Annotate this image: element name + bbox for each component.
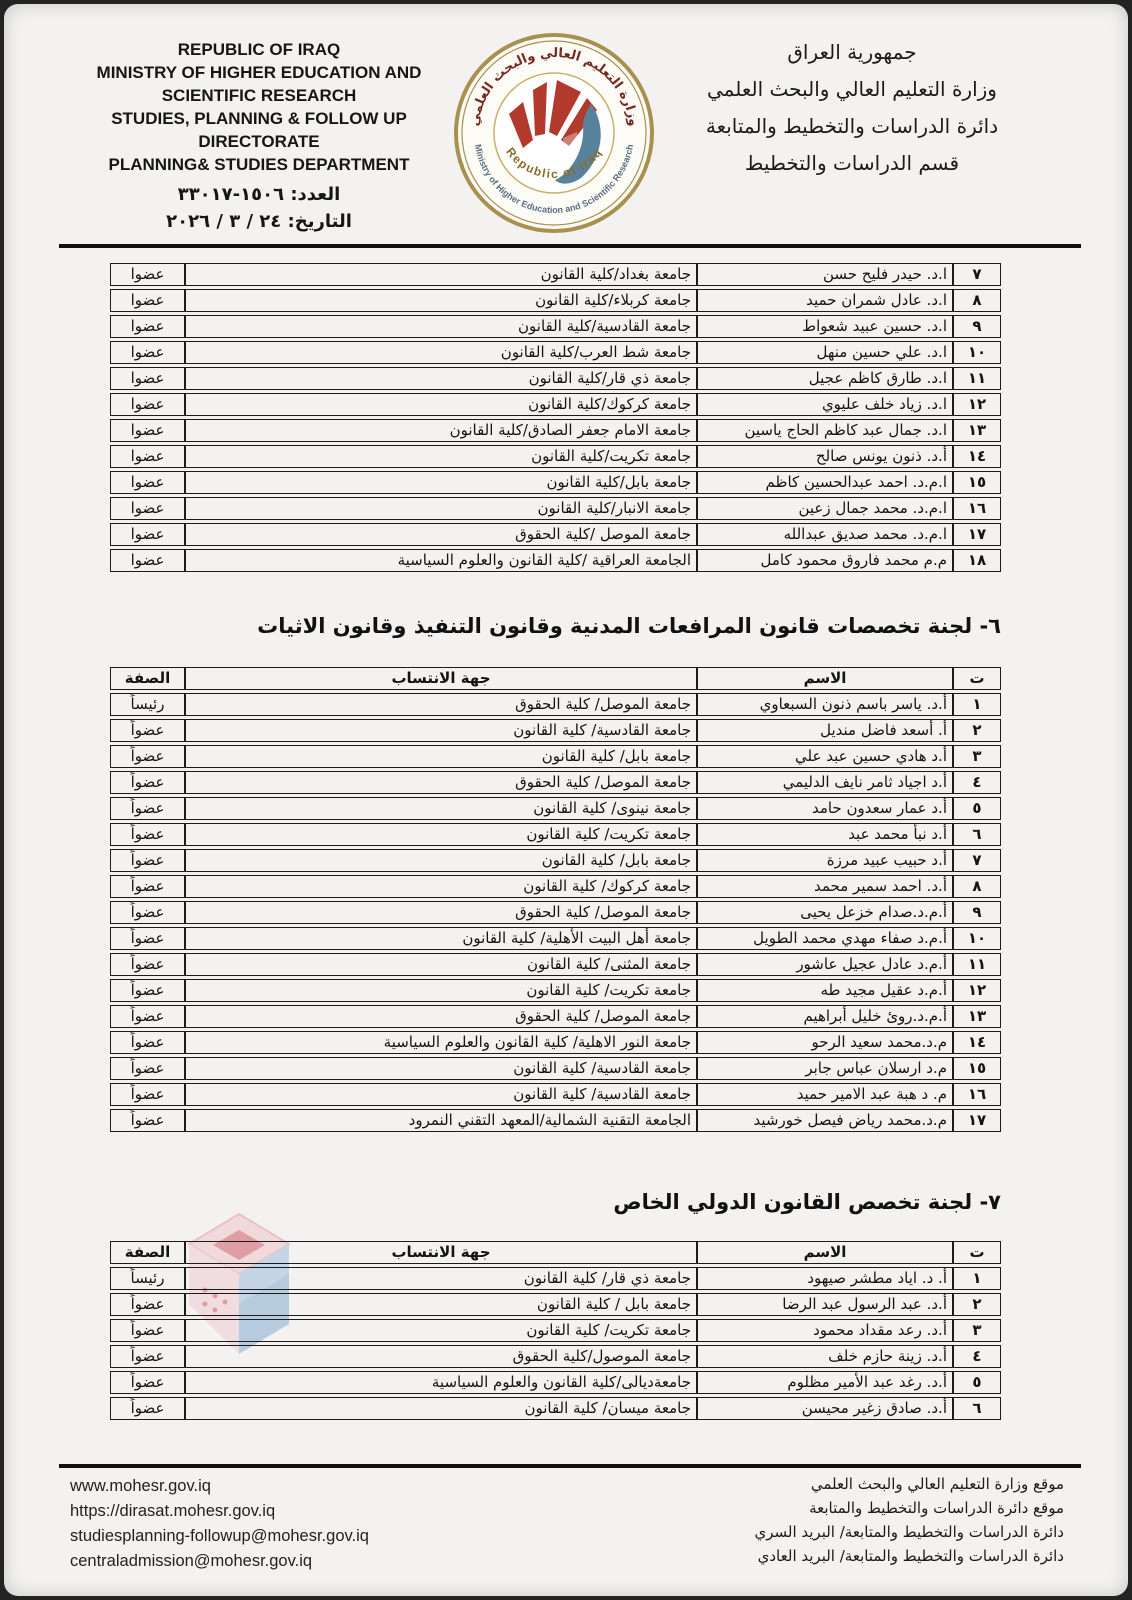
member-affiliation: جامعة الموصل/ كلية الحقوق — [185, 1005, 697, 1028]
member-role: عضوا — [110, 315, 185, 338]
member-name: أ.م.د عقيل مجيد طه — [697, 979, 953, 1002]
table-row: ٢أ. أسعد فاضل منديلجامعة القادسية/ كلية … — [110, 719, 1001, 742]
row-number: ٩ — [953, 901, 1001, 924]
row-number: ١٧ — [953, 523, 1001, 546]
column-header: جهة الانتساب — [185, 1241, 697, 1264]
member-name: أ.د. رغد عبد الأمير مظلوم — [697, 1371, 953, 1394]
member-role: عضواً — [110, 1397, 185, 1420]
table-row: ١٦م. د هبة عبد الامير حميدجامعة القادسية… — [110, 1083, 1001, 1106]
member-name: أ.د. ياسر باسم ذنون السبعاوي — [697, 693, 953, 716]
header-line: دائرة الدراسات والتخطيط والمتابعة — [642, 108, 1062, 145]
column-header: الصفة — [110, 667, 185, 690]
member-name: م.د.محمد رياض فيصل خورشيد — [697, 1109, 953, 1132]
committee-table-continuation: ٧ا.د. حيدر فليح حسنجامعة بغداد/كلية القا… — [110, 260, 1001, 575]
footer-arabic-label: دائرة الدراسات والتخطيط والمتابعة/ البري… — [644, 1520, 1064, 1544]
column-header: الصفة — [110, 1241, 185, 1264]
header-line: MINISTRY OF HIGHER EDUCATION AND — [64, 61, 454, 84]
footer-email-admission: centraladmission@mohesr.gov.iq — [70, 1549, 369, 1574]
member-role: عضواً — [110, 849, 185, 872]
row-number: ٩ — [953, 315, 1001, 338]
row-number: ٢ — [953, 719, 1001, 742]
member-role: عضواً — [110, 1345, 185, 1368]
header-line: SCIENTIFIC RESEARCH — [64, 84, 454, 107]
member-affiliation: الجامعة التقنية الشمالية/المعهد التقني ا… — [185, 1109, 697, 1132]
row-number: ١٥ — [953, 1057, 1001, 1080]
header-line: STUDIES, PLANNING & FOLLOW UP — [64, 107, 454, 130]
table-row: ١٧ا.م.د. محمد صديق عبداللهجامعة الموصل /… — [110, 523, 1001, 546]
member-role: رئيساً — [110, 693, 185, 716]
ref-date: التاريخ: ٢٤ / ٣ / ٢٠٢٦ — [64, 208, 454, 235]
member-affiliation: جامعة تكريت/ كلية القانون — [185, 979, 697, 1002]
table-row: ١٣ا.د. جمال عبد كاظم الحاج ياسينجامعة ال… — [110, 419, 1001, 442]
member-role: عضواً — [110, 1005, 185, 1028]
table-header-row: تالاسمجهة الانتسابالصفة — [110, 667, 1001, 690]
member-role: عضواً — [110, 1293, 185, 1316]
row-number: ٢ — [953, 1293, 1001, 1316]
member-name: ا.د. جمال عبد كاظم الحاج ياسين — [697, 419, 953, 442]
member-role: عضوا — [110, 419, 185, 442]
table-row: ١٧م.د.محمد رياض فيصل خورشيدالجامعة التقن… — [110, 1109, 1001, 1132]
member-affiliation: جامعة كربلاء/كلية القانون — [185, 289, 697, 312]
table-row: ١٢أ.م.د عقيل مجيد طهجامعة تكريت/ كلية ال… — [110, 979, 1001, 1002]
seal-icon: وزارة التعليم العالي والبحث العلمي Repub… — [451, 30, 656, 235]
table-row: ١أ. د. اياد مطشر صيهودجامعة ذي قار/ كلية… — [110, 1267, 1001, 1290]
document-page: REPUBLIC OF IRAQ MINISTRY OF HIGHER EDUC… — [4, 4, 1128, 1596]
footer-arabic-label: موقع وزارة التعليم العالي والبحث العلمي — [644, 1472, 1064, 1496]
table-row: ٤أ.د. زينة حازم خلفجامعة الموصول/كلية ال… — [110, 1345, 1001, 1368]
row-number: ١٨ — [953, 549, 1001, 572]
table-row: ٨أ.د. احمد سمير محمدجامعة كركوك/ كلية ال… — [110, 875, 1001, 898]
member-role: عضوا — [110, 367, 185, 390]
member-affiliation: جامعة بابل/كلية القانون — [185, 471, 697, 494]
member-name: أ.د نبأ محمد عبد — [697, 823, 953, 846]
table-row: ١٥ا.م.د. احمد عبدالحسين كاظمجامعة بابل/ك… — [110, 471, 1001, 494]
table-row: ١٠ا.د. علي حسين منهلجامعة شط العرب/كلية … — [110, 341, 1001, 364]
row-number: ٨ — [953, 875, 1001, 898]
header-line: DIRECTORATE — [64, 130, 454, 153]
member-name: ا.د. علي حسين منهل — [697, 341, 953, 364]
table-row: ٦أ.د نبأ محمد عبدجامعة تكريت/ كلية القان… — [110, 823, 1001, 846]
committee-6-table: تالاسمجهة الانتسابالصفة١أ.د. ياسر باسم ذ… — [110, 664, 1001, 1135]
row-number: ١٠ — [953, 927, 1001, 950]
footer-links-block: www.mohesr.gov.iq https://dirasat.mohesr… — [70, 1474, 369, 1574]
member-name: ا.د. حسين عبيد شعواط — [697, 315, 953, 338]
member-role: عضوا — [110, 341, 185, 364]
committee-7-table: تالاسمجهة الانتسابالصفة١أ. د. اياد مطشر … — [110, 1238, 1001, 1423]
member-name: م.م محمد فاروق محمود كامل — [697, 549, 953, 572]
member-affiliation: جامعة الموصل /كلية الحقوق — [185, 523, 697, 546]
table-row: ١١ا.د. طارق كاظم عجيلجامعة ذي قار/كلية ا… — [110, 367, 1001, 390]
member-role: عضواً — [110, 901, 185, 924]
member-role: عضوا — [110, 263, 185, 286]
member-name: أ.د. رعد مقداد محمود — [697, 1319, 953, 1342]
footer-email-studies: studiesplanning-followup@mohesr.gov.iq — [70, 1524, 369, 1549]
member-affiliation: جامعة شط العرب/كلية القانون — [185, 341, 697, 364]
row-number: ١٣ — [953, 1005, 1001, 1028]
member-role: عضواً — [110, 1109, 185, 1132]
header-english-block: REPUBLIC OF IRAQ MINISTRY OF HIGHER EDUC… — [64, 38, 454, 235]
member-role: عضواً — [110, 1031, 185, 1054]
member-role: عضوا — [110, 289, 185, 312]
member-affiliation: جامعة كركوك/كلية القانون — [185, 393, 697, 416]
member-name: أ. أسعد فاضل منديل — [697, 719, 953, 742]
member-name: م. د هبة عبد الامير حميد — [697, 1083, 953, 1106]
member-affiliation: جامعة بابل / كلية القانون — [185, 1293, 697, 1316]
table-row: ١أ.د. ياسر باسم ذنون السبعاويجامعة الموص… — [110, 693, 1001, 716]
table-row: ٤أ.د اجياد ثامر نايف الدليميجامعة الموصل… — [110, 771, 1001, 794]
member-role: عضواً — [110, 745, 185, 768]
member-role: عضواً — [110, 719, 185, 742]
member-role: عضواً — [110, 927, 185, 950]
member-affiliation: جامعة المثنى/ كلية القانون — [185, 953, 697, 976]
table-row: ٣أ.د هادي حسين عبد عليجامعة بابل/ كلية ا… — [110, 745, 1001, 768]
member-name: أ.د. زينة حازم خلف — [697, 1345, 953, 1368]
member-affiliation: جامعة الموصل/ كلية الحقوق — [185, 771, 697, 794]
member-affiliation: جامعة الموصل/ كلية الحقوق — [185, 901, 697, 924]
row-number: ٥ — [953, 1371, 1001, 1394]
member-name: أ.د حبيب عبيد مرزة — [697, 849, 953, 872]
member-name: ا.د. عادل شمران حميد — [697, 289, 953, 312]
member-role: عضواً — [110, 1083, 185, 1106]
table-row: ١٤م.د.محمد سعيد الرحوجامعة النور الاهلية… — [110, 1031, 1001, 1054]
member-name: أ.م.د.روئ خليل أبراهيم — [697, 1005, 953, 1028]
member-role: عضواً — [110, 1057, 185, 1080]
footer-arabic-label: دائرة الدراسات والتخطيط والمتابعة/ البري… — [644, 1544, 1064, 1568]
header-arabic-block: جمهورية العراق وزارة التعليم العالي والب… — [642, 34, 1062, 182]
member-affiliation: جامعة الموصول/كلية الحقوق — [185, 1345, 697, 1368]
row-number: ١٥ — [953, 471, 1001, 494]
member-role: عضوا — [110, 497, 185, 520]
member-name: أ.د اجياد ثامر نايف الدليمي — [697, 771, 953, 794]
table-row: ١٠أ.م.د صفاء مهدي محمد الطويلجامعة أهل ا… — [110, 927, 1001, 950]
member-affiliation: جامعة بابل/ كلية القانون — [185, 849, 697, 872]
member-name: ا.د. زياد خلف عليوي — [697, 393, 953, 416]
member-name: أ.د عمار سعدون حامد — [697, 797, 953, 820]
row-number: ٣ — [953, 745, 1001, 768]
member-affiliation: جامعة ذي قار/ كلية القانون — [185, 1267, 697, 1290]
row-number: ٤ — [953, 1345, 1001, 1368]
table-row: ٧ا.د. حيدر فليح حسنجامعة بغداد/كلية القا… — [110, 263, 1001, 286]
column-header: ت — [953, 1241, 1001, 1264]
row-number: ١١ — [953, 367, 1001, 390]
member-affiliation: الجامعة العراقية /كلية القانون والعلوم ا… — [185, 549, 697, 572]
header-line: قسم الدراسات والتخطيط — [642, 145, 1062, 182]
column-header: الاسم — [697, 667, 953, 690]
table-row: ٧أ.د حبيب عبيد مرزةجامعة بابل/ كلية القا… — [110, 849, 1001, 872]
row-number: ٥ — [953, 797, 1001, 820]
member-affiliation: جامعة الانبار/كلية القانون — [185, 497, 697, 520]
section-6-title: ٦- لجنة تخصصات قانون المرافعات المدنية و… — [101, 614, 1001, 638]
member-affiliation: جامعةديالى/كلية القانون والعلوم السياسية — [185, 1371, 697, 1394]
member-role: عضواً — [110, 875, 185, 898]
row-number: ١٦ — [953, 497, 1001, 520]
table-row: ٥أ.د. رغد عبد الأمير مظلومجامعةديالى/كلي… — [110, 1371, 1001, 1394]
table-row: ١٦ا.م.د. محمد جمال زعينجامعة الانبار/كلي… — [110, 497, 1001, 520]
member-role: عضواً — [110, 797, 185, 820]
member-name: أ.د هادي حسين عبد علي — [697, 745, 953, 768]
header-line: PLANNING& STUDIES DEPARTMENT — [64, 153, 454, 176]
member-role: عضواً — [110, 1371, 185, 1394]
member-name: ا.د. حيدر فليح حسن — [697, 263, 953, 286]
table-header-row: تالاسمجهة الانتسابالصفة — [110, 1241, 1001, 1264]
table-row: ٦أ.د. صادق زغير محيسنجامعة ميسان/ كلية ا… — [110, 1397, 1001, 1420]
member-role: عضواً — [110, 771, 185, 794]
member-name: أ.م.د.صدام خزعل يحيى — [697, 901, 953, 924]
member-affiliation: جامعة النور الاهلية/ كلية القانون والعلو… — [185, 1031, 697, 1054]
row-number: ٤ — [953, 771, 1001, 794]
row-number: ٦ — [953, 823, 1001, 846]
row-number: ١ — [953, 1267, 1001, 1290]
member-name: ا.د. طارق كاظم عجيل — [697, 367, 953, 390]
table-row: ٥أ.د عمار سعدون حامدجامعة نينوى/ كلية ال… — [110, 797, 1001, 820]
member-role: عضواً — [110, 823, 185, 846]
member-affiliation: جامعة القادسية/ كلية القانون — [185, 1083, 697, 1106]
member-affiliation: جامعة الموصل/ كلية الحقوق — [185, 693, 697, 716]
member-role: عضواً — [110, 953, 185, 976]
member-affiliation: جامعة بابل/ كلية القانون — [185, 745, 697, 768]
member-affiliation: جامعة الامام جعفر الصادق/كلية القانون — [185, 419, 697, 442]
table-row: ١٨م.م محمد فاروق محمود كاملالجامعة العرا… — [110, 549, 1001, 572]
member-affiliation: جامعة تكريت/ كلية القانون — [185, 1319, 697, 1342]
member-name: أ.م.د صفاء مهدي محمد الطويل — [697, 927, 953, 950]
header-line: جمهورية العراق — [642, 34, 1062, 71]
footer-arabic-block: موقع وزارة التعليم العالي والبحث العلمي … — [644, 1472, 1064, 1568]
row-number: ١٦ — [953, 1083, 1001, 1106]
footer-dirasat-link: https://dirasat.mohesr.gov.iq — [70, 1499, 369, 1524]
member-name: ا.م.د. احمد عبدالحسين كاظم — [697, 471, 953, 494]
member-affiliation: جامعة نينوى/ كلية القانون — [185, 797, 697, 820]
table-row: ٢أ.د. عبد الرسول عبد الرضاجامعة بابل / ك… — [110, 1293, 1001, 1316]
member-name: م.د ارسلان عباس جابر — [697, 1057, 953, 1080]
member-role: عضوا — [110, 445, 185, 468]
member-affiliation: جامعة ذي قار/كلية القانون — [185, 367, 697, 390]
row-number: ١ — [953, 693, 1001, 716]
header-line: REPUBLIC OF IRAQ — [64, 38, 454, 61]
table-row: ١١أ.م.د عادل عجيل عاشورجامعة المثنى/ كلي… — [110, 953, 1001, 976]
member-affiliation: جامعة أهل البيت الأهلية/ كلية القانون — [185, 927, 697, 950]
footer-divider — [59, 1464, 1081, 1468]
table-row: ٩أ.م.د.صدام خزعل يحيىجامعة الموصل/ كلية … — [110, 901, 1001, 924]
member-role: عضوا — [110, 549, 185, 572]
table-row: ٣أ.د. رعد مقداد محمودجامعة تكريت/ كلية ا… — [110, 1319, 1001, 1342]
header-divider — [59, 244, 1081, 248]
table-row: ١٥م.د ارسلان عباس جابرجامعة القادسية/ كل… — [110, 1057, 1001, 1080]
row-number: ١١ — [953, 953, 1001, 976]
header-line: وزارة التعليم العالي والبحث العلمي — [642, 71, 1062, 108]
table-row: ١٣أ.م.د.روئ خليل أبراهيمجامعة الموصل/ كل… — [110, 1005, 1001, 1028]
table-row: ٨ا.د. عادل شمران حميدجامعة كربلاء/كلية ا… — [110, 289, 1001, 312]
footer-website-link: www.mohesr.gov.iq — [70, 1474, 369, 1499]
row-number: ٧ — [953, 263, 1001, 286]
row-number: ١٤ — [953, 445, 1001, 468]
table-row: ٩ا.د. حسين عبيد شعواطجامعة القادسية/كلية… — [110, 315, 1001, 338]
row-number: ٧ — [953, 849, 1001, 872]
member-role: عضوا — [110, 393, 185, 416]
member-affiliation: جامعة ميسان/ كلية القانون — [185, 1397, 697, 1420]
member-name: ا.م.د. محمد صديق عبدالله — [697, 523, 953, 546]
member-affiliation: جامعة القادسية/ كلية القانون — [185, 1057, 697, 1080]
member-affiliation: جامعة تكريت/ كلية القانون — [185, 823, 697, 846]
member-name: م.د.محمد سعيد الرحو — [697, 1031, 953, 1054]
ministry-seal-logo: وزارة التعليم العالي والبحث العلمي Repub… — [451, 30, 656, 235]
row-number: ١٧ — [953, 1109, 1001, 1132]
column-header: الاسم — [697, 1241, 953, 1264]
member-name: أ.د. ذنون يونس صالح — [697, 445, 953, 468]
footer-arabic-label: موقع دائرة الدراسات والتخطيط والمتابعة — [644, 1496, 1064, 1520]
member-role: عضوا — [110, 471, 185, 494]
row-number: ٨ — [953, 289, 1001, 312]
member-name: أ.د. احمد سمير محمد — [697, 875, 953, 898]
row-number: ١٢ — [953, 393, 1001, 416]
row-number: ١٤ — [953, 1031, 1001, 1054]
member-name: أ.د. عبد الرسول عبد الرضا — [697, 1293, 953, 1316]
table-row: ١٢ا.د. زياد خلف عليويجامعة كركوك/كلية ال… — [110, 393, 1001, 416]
member-affiliation: جامعة تكريت/كلية القانون — [185, 445, 697, 468]
row-number: ٣ — [953, 1319, 1001, 1342]
member-affiliation: جامعة كركوك/ كلية القانون — [185, 875, 697, 898]
member-affiliation: جامعة القادسية/ كلية القانون — [185, 719, 697, 742]
member-name: ا.م.د. محمد جمال زعين — [697, 497, 953, 520]
row-number: ٦ — [953, 1397, 1001, 1420]
member-affiliation: جامعة القادسية/كلية القانون — [185, 315, 697, 338]
row-number: ١٠ — [953, 341, 1001, 364]
member-role: عضواً — [110, 1319, 185, 1342]
member-name: أ. د. اياد مطشر صيهود — [697, 1267, 953, 1290]
row-number: ١٣ — [953, 419, 1001, 442]
column-header: جهة الانتساب — [185, 667, 697, 690]
section-7-title: ٧- لجنة تخصص القانون الدولي الخاص — [101, 1190, 1001, 1214]
member-name: أ.م.د عادل عجيل عاشور — [697, 953, 953, 976]
member-role: عضواً — [110, 979, 185, 1002]
row-number: ١٢ — [953, 979, 1001, 1002]
member-role: رئيساً — [110, 1267, 185, 1290]
table-row: ١٤أ.د. ذنون يونس صالحجامعة تكريت/كلية ال… — [110, 445, 1001, 468]
column-header: ت — [953, 667, 1001, 690]
ref-number: العدد: ١٥٠٦-٣٣٠١٧ — [64, 181, 454, 208]
member-affiliation: جامعة بغداد/كلية القانون — [185, 263, 697, 286]
member-name: أ.د. صادق زغير محيسن — [697, 1397, 953, 1420]
member-role: عضوا — [110, 523, 185, 546]
